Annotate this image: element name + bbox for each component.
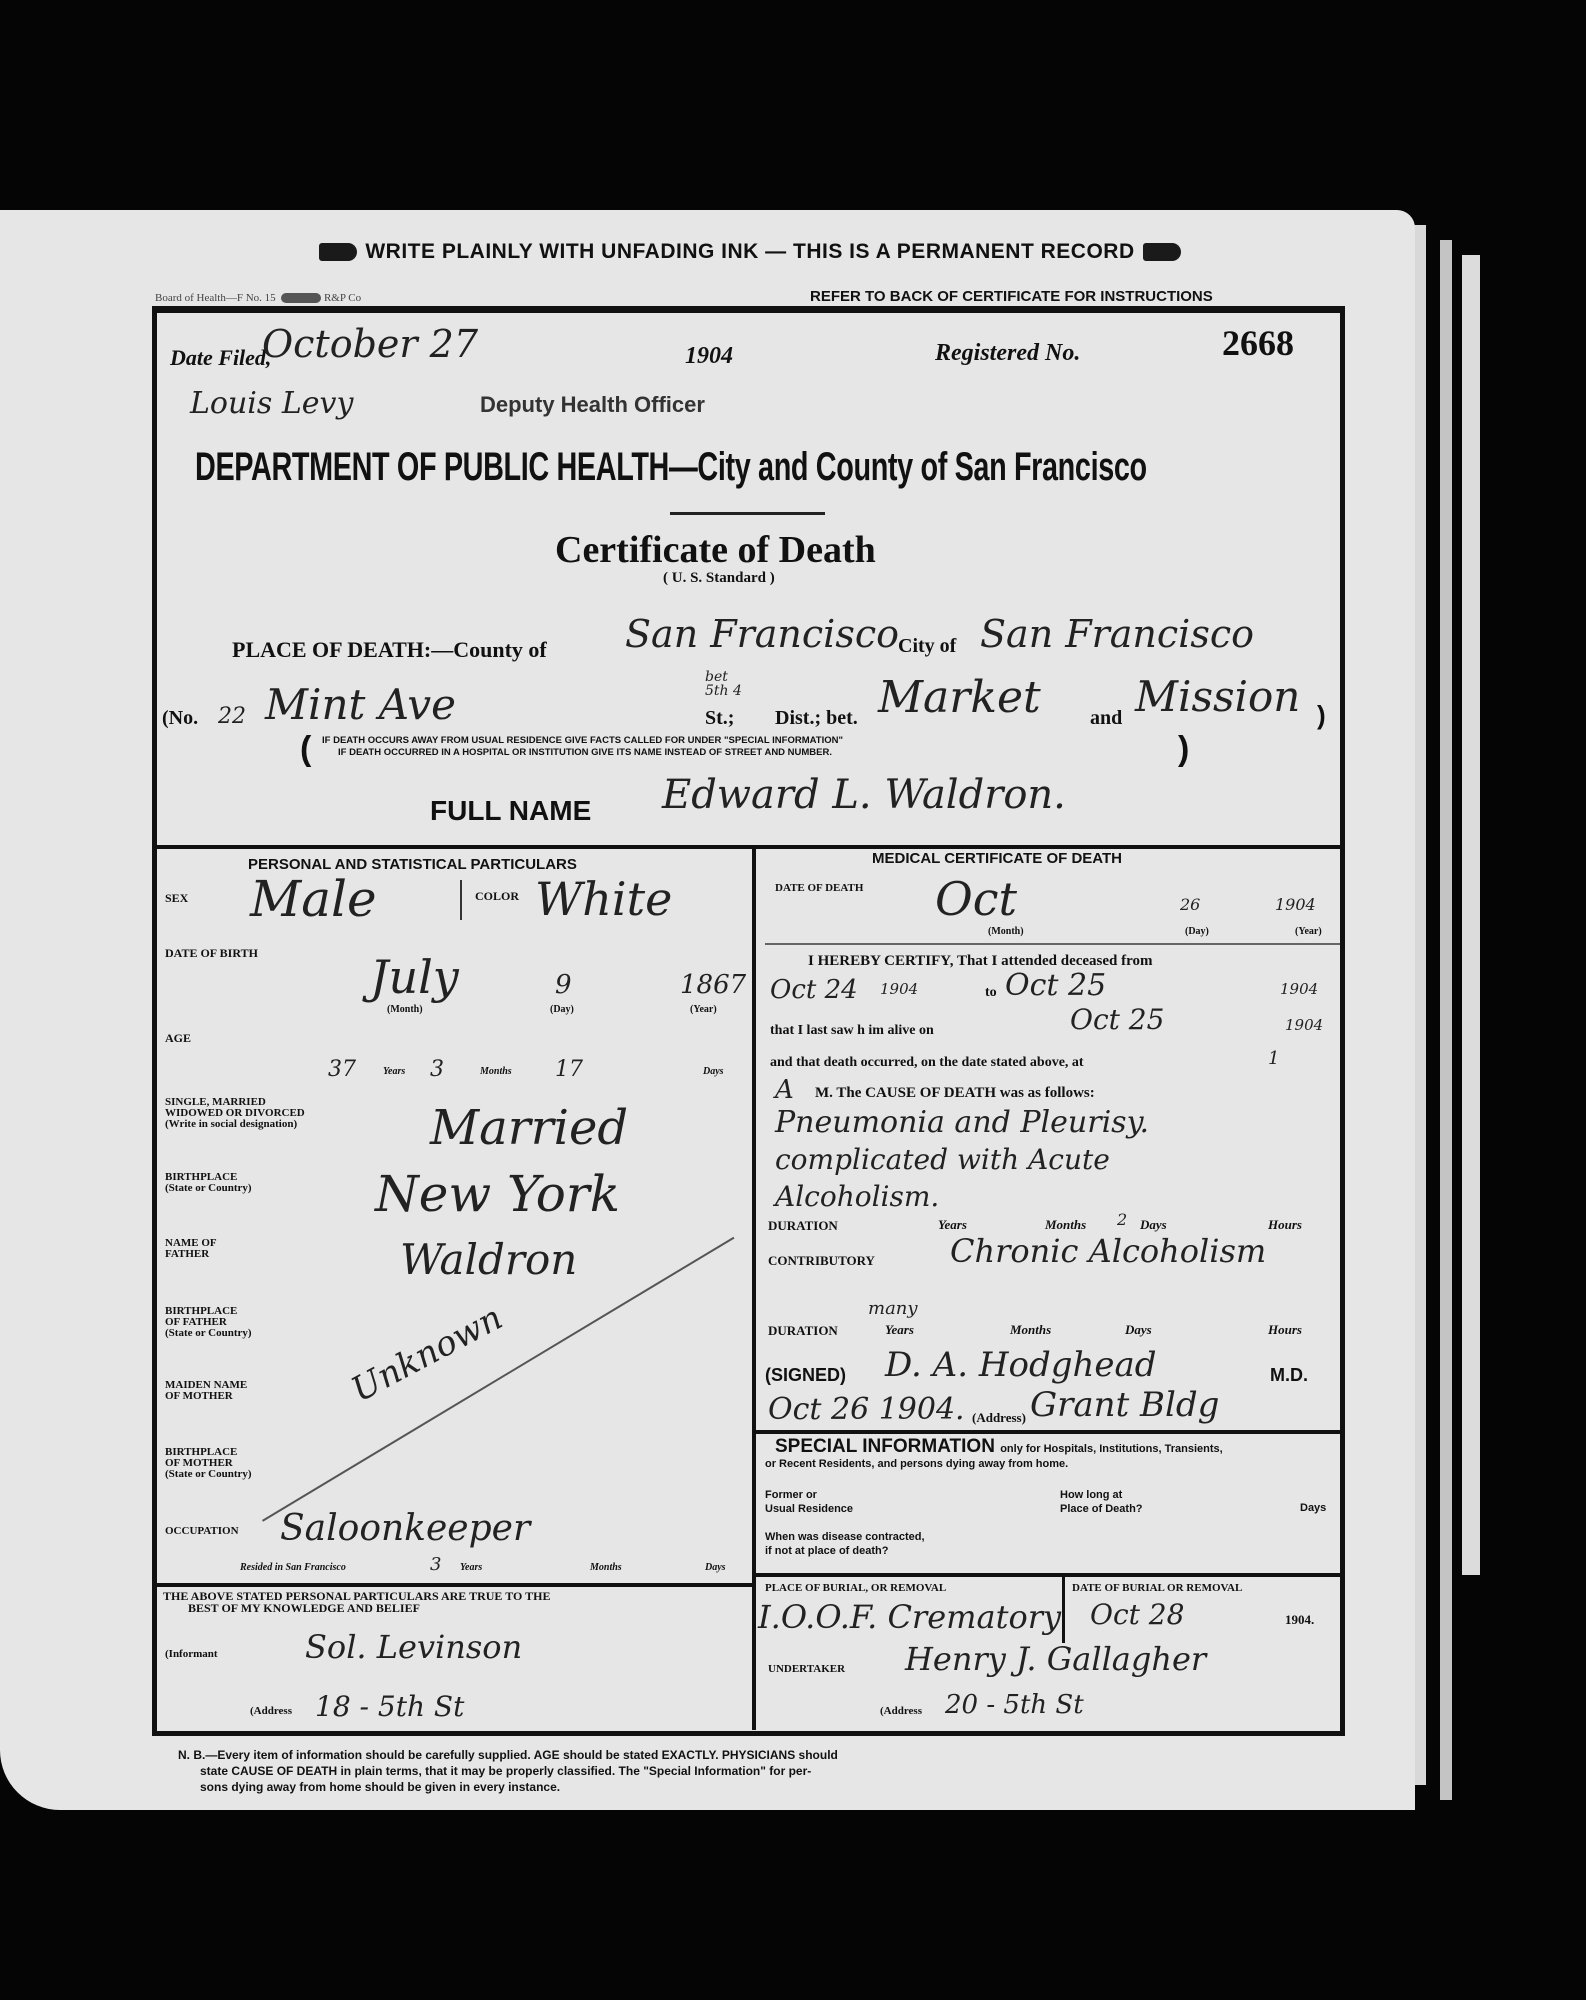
registered-label: Registered No.: [935, 340, 1080, 367]
signed-date: Oct 26 1904.: [768, 1392, 965, 1427]
days-caption: Days: [703, 1066, 724, 1077]
death-hour: 1: [1268, 1048, 1279, 1069]
residence-note: IF DEATH OCCURS AWAY FROM USUAL RESIDENC…: [322, 735, 843, 759]
date-filed-value: October 27: [262, 322, 478, 366]
age-months: 3: [430, 1057, 444, 1082]
cause-line-3: Alcoholism.: [775, 1180, 939, 1213]
last-saw-date: Oct 25: [1070, 1003, 1164, 1036]
between-street-1: Market: [878, 672, 1041, 723]
attestation-text: THE ABOVE STATED PERSONAL PARTICULARS AR…: [163, 1590, 550, 1614]
column-divider: [752, 845, 756, 1730]
registered-number: 2668: [1222, 322, 1294, 364]
year-caption: (Year): [690, 1003, 717, 1016]
age-days: 17: [555, 1057, 583, 1082]
months-caption: Months: [480, 1066, 512, 1077]
mother-birthplace-label: BIRTHPLACEOF MOTHER(State or Country): [165, 1447, 252, 1480]
street-value: Mint Ave: [265, 680, 456, 729]
undertaker-address: 20 - 5th St: [945, 1690, 1084, 1720]
months-caption: Months: [1045, 1217, 1086, 1233]
cause-label: M. The CAUSE OF DEATH was as follows:: [815, 1085, 1095, 1102]
place-of-death-label: PLACE OF DEATH:—County of: [232, 637, 547, 663]
dist-label: Dist.; bet.: [775, 707, 858, 730]
close-paren: ): [1317, 700, 1326, 731]
contributory-label: CONTRIBUTORY: [768, 1253, 875, 1269]
signed-label: (SIGNED): [765, 1365, 846, 1386]
dod-month: Oct: [935, 872, 1017, 926]
divider: [670, 512, 825, 515]
street-no-value: 22: [218, 704, 246, 729]
years-caption: Years: [383, 1066, 405, 1077]
city-label: City of: [898, 635, 956, 658]
father-name-value: Waldron: [400, 1235, 577, 1284]
duration-label: DURATION: [768, 1218, 838, 1234]
informant-address: 18 - 5th St: [315, 1690, 464, 1723]
days-caption: Days: [1300, 1502, 1326, 1514]
attended-to: Oct 25: [1005, 968, 1106, 1003]
day-caption: (Day): [1185, 925, 1209, 938]
street-label: St.;: [705, 707, 734, 730]
dod-year: 1904: [1275, 895, 1316, 914]
undertaker-label: UNDERTAKER: [768, 1663, 845, 1676]
informant-address-label: (Address: [250, 1705, 292, 1718]
special-heading-line2: or Recent Residents, and persons dying a…: [765, 1458, 1068, 1470]
burial-date-label: DATE of BURIAL or REMOVAL: [1072, 1582, 1242, 1595]
open-paren: (: [300, 730, 311, 769]
father-name-label: NAME OFFATHER: [165, 1238, 217, 1260]
dod-day: 26: [1180, 895, 1200, 914]
occupation-value: Saloonkeeper: [280, 1508, 530, 1549]
certificate-subtitle: ( U. S. Standard ): [663, 570, 775, 587]
physician-address: Grant Bldg: [1030, 1385, 1219, 1425]
ink-banner: WRITE PLAINLY WITH UNFADING INK — THIS I…: [205, 240, 1295, 264]
month-caption: (Month): [387, 1003, 423, 1016]
months-caption: Months: [1010, 1322, 1051, 1338]
to-label: to: [985, 985, 997, 1001]
year-caption: (Year): [1295, 925, 1322, 938]
former-residence-label: Former orUsual Residence: [765, 1488, 853, 1516]
attended-to-year: 1904: [1280, 980, 1318, 998]
contracted-label: When was disease contracted,if not at pl…: [765, 1530, 925, 1558]
resided-label: Resided in San Francisco: [240, 1562, 346, 1573]
section-divider: [755, 1430, 1340, 1434]
ward-value: bet 5th 4: [705, 670, 745, 698]
sex-label: SEX: [165, 892, 188, 905]
hours-caption: Hours: [1268, 1322, 1302, 1338]
dob-year: 1867: [680, 970, 746, 1000]
mother-name-label: MAIDEN NAMEOF MOTHER: [165, 1380, 247, 1402]
page-edge: [1440, 240, 1452, 1800]
undertaker-value: Henry J. Gallagher: [905, 1640, 1206, 1678]
informant-value: Sol. Levinson: [305, 1628, 522, 1666]
occupation-label: OCCUPATION: [165, 1525, 239, 1538]
form-id: Board of Health—F No. 15 R&P Co: [155, 292, 361, 304]
city-value: San Francisco: [980, 612, 1254, 656]
burial-place-label: PLACE OF BURIAL, OR REMOVAL: [765, 1582, 946, 1595]
informant-label: (Informant: [165, 1648, 218, 1661]
special-heading: SPECIAL INFORMATION only for Hospitals, …: [775, 1436, 1223, 1458]
divider: [460, 880, 462, 920]
divider: [1062, 1575, 1065, 1643]
burial-date-value: Oct 28: [1090, 1598, 1184, 1631]
age-years: 37: [328, 1057, 356, 1082]
certificate-title: Certificate of Death: [555, 528, 876, 572]
dob-month: July: [370, 950, 459, 1004]
days-caption: Days: [1140, 1217, 1167, 1233]
hours-caption: Hours: [1268, 1217, 1302, 1233]
occurred-label: and that death occurred, on the date sta…: [770, 1055, 1084, 1071]
section-divider: [157, 1583, 754, 1587]
undertaker-address-label: (Address: [880, 1705, 922, 1718]
attended-from: Oct 24: [770, 975, 858, 1005]
last-saw-label: that I last saw h im alive on: [770, 1023, 934, 1039]
attended-from-year: 1904: [880, 980, 918, 998]
dob-day: 9: [555, 970, 572, 1000]
years-caption: Years: [460, 1562, 482, 1573]
years-caption: Years: [938, 1217, 967, 1233]
month-caption: (Month): [988, 925, 1024, 938]
burial-place-value: I.O.O.F. Crematory: [758, 1598, 1061, 1636]
contributory-value: Chronic Alcoholism: [950, 1232, 1266, 1270]
contributory-duration-years: many: [868, 1298, 918, 1319]
instructions-note: REFER TO BACK OF CERTIFICATE FOR INSTRUC…: [810, 288, 1213, 305]
color-label: COLOR: [475, 890, 519, 903]
color-value: White: [535, 872, 672, 926]
page-edge: [1462, 255, 1480, 1575]
officer-title: Deputy Health Officer: [480, 392, 705, 418]
close-paren: ): [1178, 730, 1189, 769]
dob-label: DATE OF BIRTH: [165, 947, 258, 960]
medical-heading: MEDICAL CERTIFICATE OF DEATH: [872, 850, 1122, 867]
days-caption: Days: [705, 1562, 726, 1573]
resided-years: 3: [430, 1554, 441, 1575]
physician-address-label: (Address): [972, 1410, 1026, 1426]
footnote: N. B.—Every item of information should b…: [178, 1747, 838, 1795]
birthplace-label: BIRTHPLACE(State or Country): [165, 1172, 252, 1194]
burial-year: 1904.: [1285, 1612, 1314, 1628]
section-divider: [755, 1573, 1340, 1577]
physician-signature: D. A. Hodghead: [885, 1345, 1157, 1385]
sex-value: Male: [250, 870, 377, 928]
date-filed-label: Date Filed,: [170, 345, 271, 371]
county-value: San Francisco: [625, 612, 899, 656]
section-divider: [157, 845, 1340, 849]
birthplace-value: New York: [375, 1165, 620, 1223]
between-street-2: Mission: [1135, 672, 1300, 721]
marital-value: Married: [430, 1100, 628, 1156]
divider: [765, 943, 1340, 945]
pointing-hand-icon: [1143, 243, 1181, 261]
father-birthplace-label: BIRTHPLACEOF FATHER(State or Country): [165, 1306, 252, 1339]
full-name-label: FULL NAME: [430, 795, 591, 827]
pointing-hand-icon: [319, 243, 357, 261]
marital-label: SINGLE, MARRIEDWIDOWED OR DIVORCED(Write…: [165, 1097, 305, 1130]
cause-line-2: complicated with Acute: [775, 1143, 1110, 1176]
full-name-value: Edward L. Waldron.: [662, 772, 1066, 818]
printer-seal-icon: [281, 293, 321, 303]
days-caption: Days: [1125, 1322, 1152, 1338]
and-label: and: [1090, 707, 1122, 730]
street-no-label: (No.: [162, 707, 198, 730]
date-filed-year: 1904: [685, 343, 733, 370]
cause-line-1: Pneumonia and Pleurisy.: [775, 1105, 1149, 1140]
md-label: M.D.: [1270, 1365, 1308, 1386]
duration-label: DURATION: [768, 1323, 838, 1339]
duration-days: 2: [1117, 1210, 1127, 1229]
last-saw-year: 1904: [1285, 1016, 1323, 1034]
years-caption: Years: [885, 1322, 914, 1338]
dod-label: DATE OF DEATH: [775, 882, 863, 895]
months-caption: Months: [590, 1562, 622, 1573]
age-label: AGE: [165, 1032, 191, 1045]
how-long-label: How long atPlace of Death?: [1060, 1488, 1143, 1516]
department-title: DEPARTMENT OF PUBLIC HEALTH—City and Cou…: [195, 445, 1147, 490]
death-meridiem: A: [775, 1075, 794, 1105]
officer-signature: Louis Levy: [190, 386, 353, 421]
day-caption: (Day): [550, 1003, 574, 1016]
